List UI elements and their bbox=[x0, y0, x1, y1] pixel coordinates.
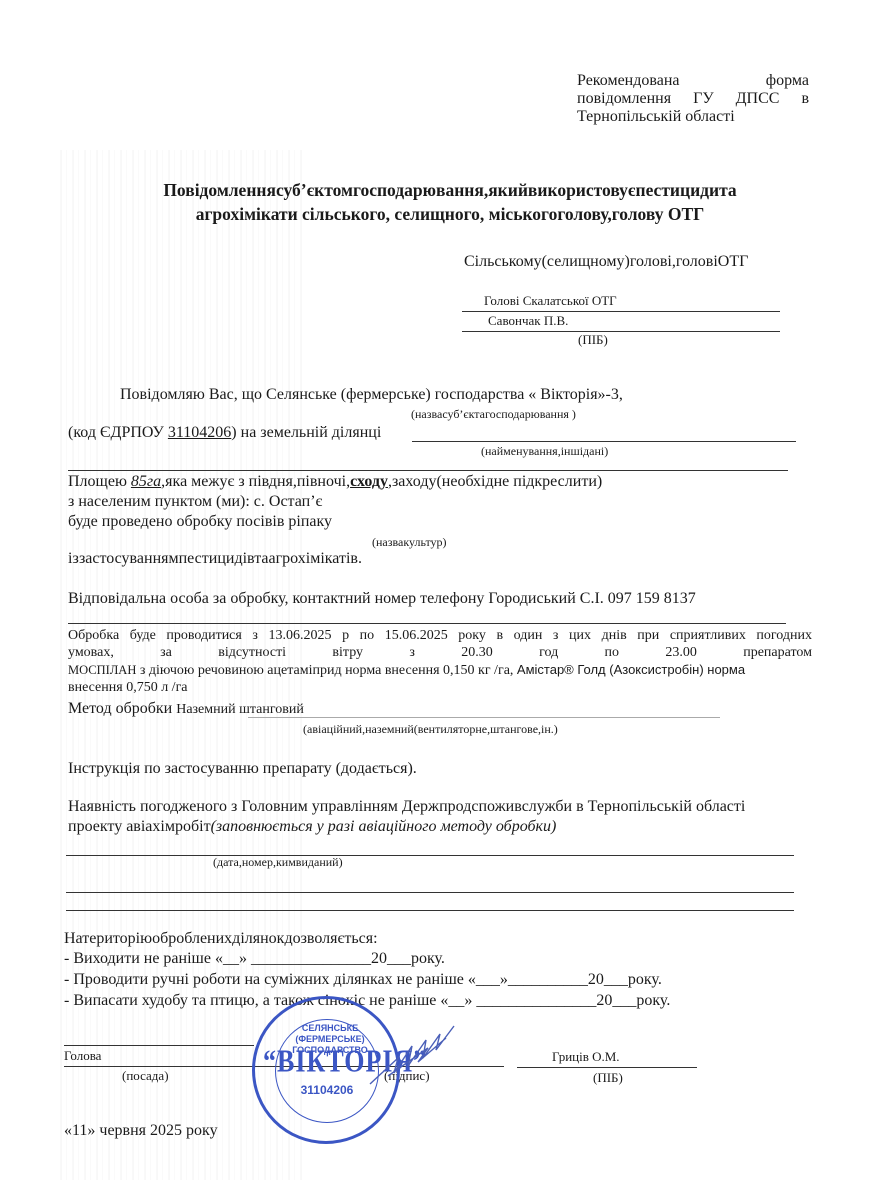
signer-name: Гриців О.М. bbox=[552, 1049, 620, 1065]
instructions-note: Інструкція по застосуванню препарату (до… bbox=[68, 760, 417, 778]
addressee-position: Голові Скалатської ОТГ bbox=[484, 293, 617, 309]
aviation-field-line3 bbox=[66, 910, 794, 911]
treatment-block: Обробка буде проводитися з 13.06.2025 р … bbox=[68, 627, 812, 696]
restriction-item-manual-work: - Проводити ручні роботи на суміжних діл… bbox=[64, 971, 662, 989]
plot-field bbox=[412, 441, 796, 442]
aviation-line1: Наявність погодженого з Головним управлі… bbox=[68, 798, 745, 816]
method-field-line bbox=[248, 717, 720, 718]
recommendation-line1-left: Рекомендована bbox=[577, 72, 679, 90]
area-value: 85га bbox=[131, 473, 161, 490]
responsible-line bbox=[68, 623, 786, 624]
recommendation-line2: повідомлення ГУ ДПСС в bbox=[577, 90, 809, 108]
recommendation-block: Рекомендована форма повідомлення ГУ ДПСС… bbox=[577, 72, 809, 126]
edrpou-line: (код ЄДРПОУ 31104206) на земельній ділян… bbox=[68, 424, 381, 442]
handwritten-signature-icon bbox=[368, 1018, 458, 1088]
method-value: Наземний штанговий bbox=[176, 702, 304, 717]
crops-caption: (назвакультур) bbox=[372, 535, 447, 550]
usage-line: іззастосуваннямпестицидівтаагрохімікатів… bbox=[68, 550, 362, 568]
title-line2: агрохімікати сільського, селищного, місь… bbox=[100, 202, 800, 226]
restriction-item-grazing: - Випасати худобу та птицю, а також сіно… bbox=[64, 992, 670, 1010]
document-date: «11» червня 2025 року bbox=[64, 1122, 218, 1140]
position-caption: (посада) bbox=[122, 1068, 169, 1084]
aviation-caption: (дата,номер,кимвиданий) bbox=[213, 855, 343, 870]
boundary-east: сходу bbox=[350, 473, 388, 490]
method-caption: (авіаційний,наземний(вентиляторне,штанго… bbox=[303, 722, 558, 737]
title-line1: Повідомленнясуб’єктомгосподарювання,який… bbox=[100, 178, 800, 202]
entity-caption: (назвасуб’єктагосподарювання ) bbox=[411, 407, 576, 422]
signer-name-line bbox=[517, 1067, 697, 1068]
addressee-position-line bbox=[462, 311, 780, 312]
position-top-line bbox=[64, 1045, 254, 1046]
product-amistar: Амістар® Голд (Азоксистробін) норма bbox=[517, 662, 745, 677]
aviation-line2: проекту авіахімробіт(заповнюється у разі… bbox=[68, 818, 556, 836]
restrictions-heading: Натериторіюоброблениxділянокдозволяється… bbox=[64, 930, 378, 948]
addressee-heading: Сільському(селищному)голові,головіОТГ bbox=[464, 253, 748, 271]
aviation-field-line2 bbox=[66, 892, 794, 893]
area-top-line bbox=[68, 470, 788, 471]
plot-caption: (найменування,іншідані) bbox=[481, 444, 608, 459]
notice-intro: Повідомляю Вас, що Селянське (фермерське… bbox=[120, 386, 623, 404]
crops-line: буде проведено обробку посівів ріпаку bbox=[68, 513, 332, 531]
recommendation-line3: Тернопільській області bbox=[577, 108, 809, 126]
treatment-line4: внесення 0,750 л /га bbox=[68, 679, 812, 696]
edrpou-code: 31104206 bbox=[168, 424, 231, 441]
signer-position: Голова bbox=[64, 1048, 101, 1064]
product-mospilan: МОСПІЛАН bbox=[68, 663, 136, 677]
method-line: Метод обробки Наземний штанговий bbox=[68, 700, 304, 718]
addressee-name: Савончак П.В. bbox=[488, 313, 568, 329]
treatment-line2: умовах, за відсутності вітру з 20.30 год… bbox=[68, 644, 812, 661]
treatment-line1: Обробка буде проводитися з 13.06.2025 р … bbox=[68, 627, 812, 644]
area-line: Площею 85га,яка межує з півдня,півночі,с… bbox=[68, 473, 602, 491]
document-title: Повідомленнясуб’єктомгосподарювання,який… bbox=[100, 178, 800, 226]
restriction-item-exit: - Виходити не раніше «__» ______________… bbox=[64, 950, 445, 968]
signer-name-caption: (ПІБ) bbox=[593, 1070, 623, 1086]
responsible-person: Відповідальна особа за обробку, контактн… bbox=[68, 590, 696, 608]
treatment-line3: МОСПІЛАН з діючою речовиною ацетаміприд … bbox=[68, 661, 812, 679]
recommendation-line1-right: форма bbox=[766, 72, 809, 90]
aviation-field-line1 bbox=[66, 855, 794, 856]
settlement-line: з населеним пунктом (ми): с. Остап’є bbox=[68, 493, 322, 511]
addressee-name-line bbox=[462, 331, 780, 332]
addressee-name-caption: (ПІБ) bbox=[578, 332, 608, 348]
